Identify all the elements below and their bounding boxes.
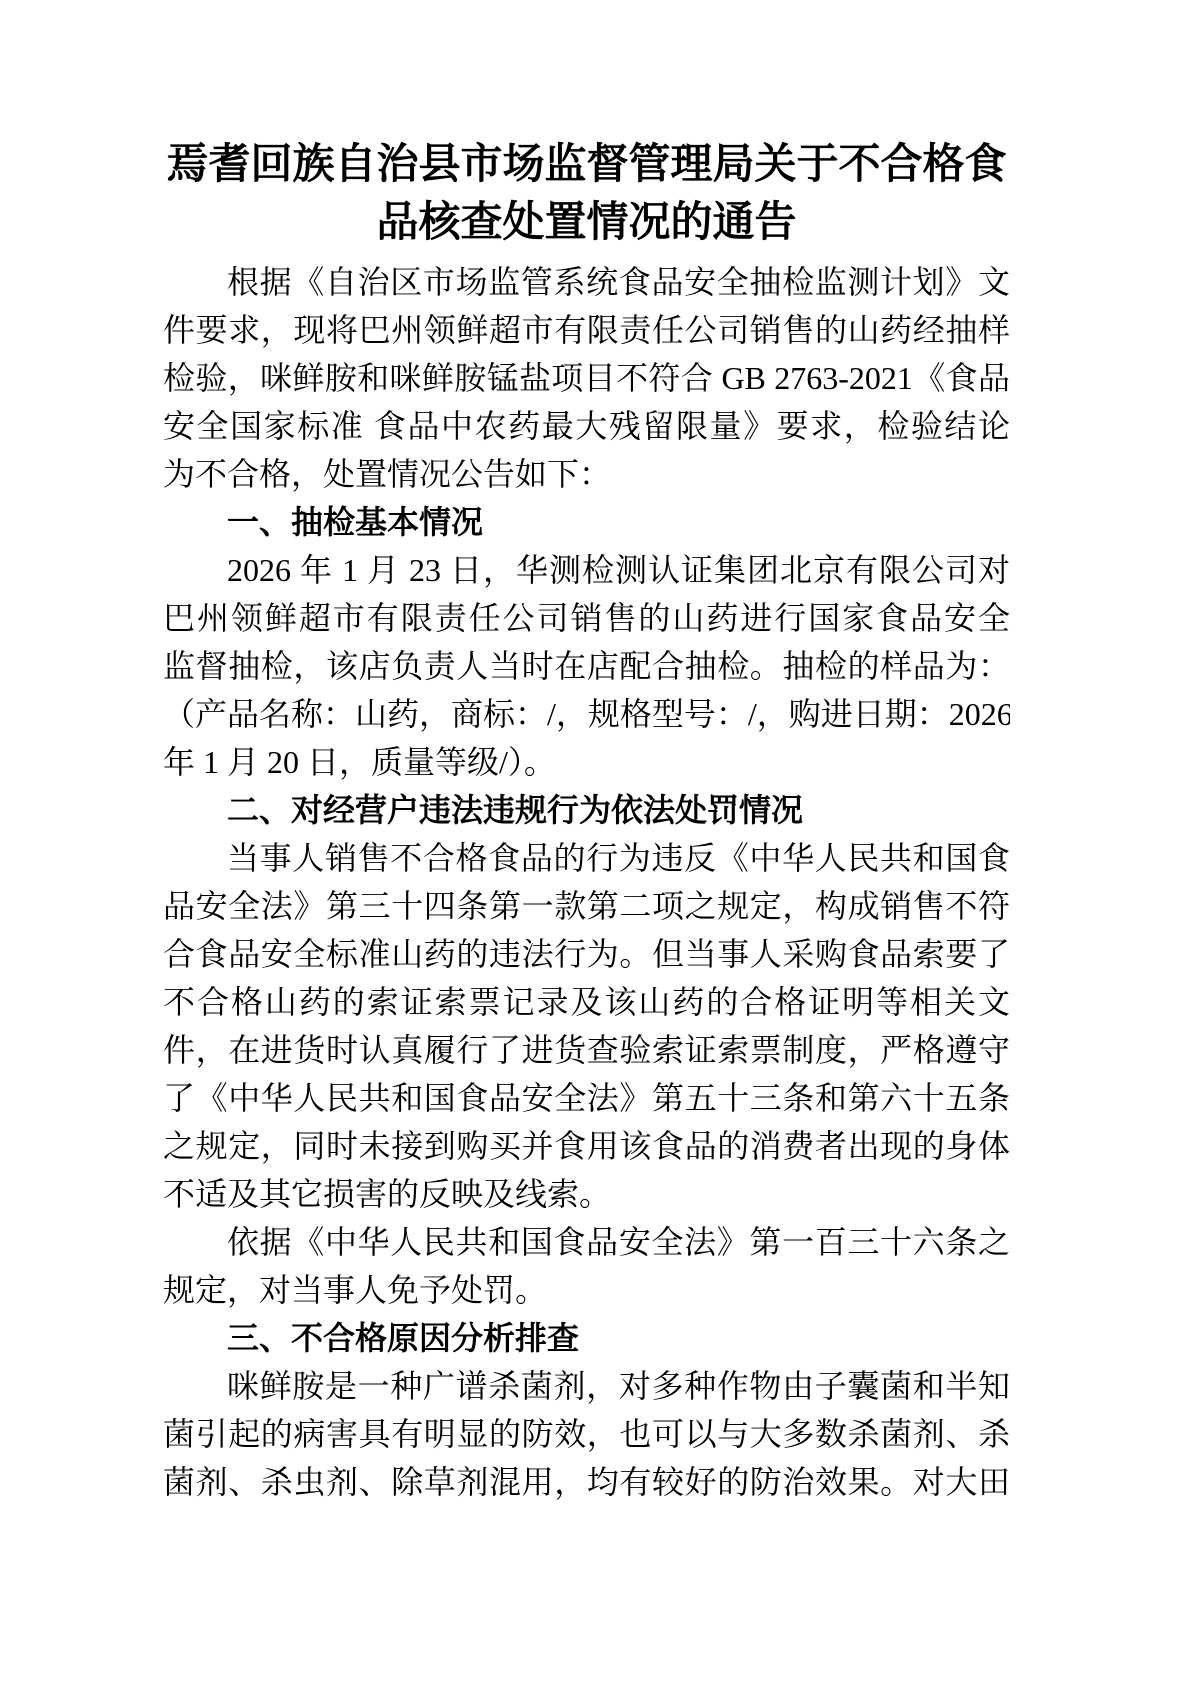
paragraph-1-line: 检验，咪鲜胺和咪鲜胺锰盐项目不符合 GB 2763-2021《食品 [163, 354, 1010, 402]
paragraph-4-line: 依据《中华人民共和国食品安全法》第一百三十六条之 [163, 1218, 1010, 1266]
paragraph-2-line: 巴州领鲜超市有限责任公司销售的山药进行国家食品安全 [163, 594, 1010, 642]
paragraph-3-line: 了《中华人民共和国食品安全法》第五十三条和第六十五条 [163, 1074, 1010, 1122]
paragraph-5-line: 咪鲜胺是一种广谱杀菌剂，对多种作物由子囊菌和半知 [163, 1362, 1010, 1410]
document-page: 焉耆回族自治县市场监督管理局关于不合格食 品核查处置情况的通告 根据《自治区市场… [0, 0, 1190, 1683]
paragraph-3-line: 不适及其它损害的反映及线索。 [163, 1170, 1010, 1218]
title-line-2: 品核查处置情况的通告 [163, 194, 1010, 252]
paragraph-5-line: 菌引起的病害具有明显的防效，也可以与大多数杀菌剂、杀 [163, 1410, 1010, 1458]
paragraph-1-line: 根据《自治区市场监管系统食品安全抽检监测计划》文 [163, 258, 1010, 306]
paragraph-3-line: 合食品安全标准山药的违法行为。但当事人采购食品索要了 [163, 930, 1010, 978]
paragraph-2-line: 2026 年 1 月 23 日，华测检测认证集团北京有限公司对 [163, 546, 1010, 594]
section-heading-3: 三、不合格原因分析排查 [163, 1314, 1010, 1362]
paragraph-2-line: （产品名称：山药，商标：/，规格型号：/，购进日期：2026 [163, 690, 1010, 738]
paragraph-3-line: 品安全法》第三十四条第一款第二项之规定，构成销售不符 [163, 882, 1010, 930]
paragraph-3-line: 之规定，同时未接到购买并食用该食品的消费者出现的身体 [163, 1122, 1010, 1170]
paragraph-1-line: 为不合格，处置情况公告如下： [163, 450, 1010, 498]
paragraph-3-line: 件，在进货时认真履行了进货查验索证索票制度，严格遵守 [163, 1026, 1010, 1074]
section-heading-1: 一、抽检基本情况 [163, 498, 1010, 546]
paragraph-1-line: 安全国家标准 食品中农药最大残留限量》要求，检验结论 [163, 402, 1010, 450]
paragraph-2-line: 监督抽检，该店负责人当时在店配合抽检。抽检的样品为： [163, 642, 1010, 690]
paragraph-3-line: 当事人销售不合格食品的行为违反《中华人民共和国食 [163, 834, 1010, 882]
paragraph-1-line: 件要求，现将巴州领鲜超市有限责任公司销售的山药经抽样 [163, 306, 1010, 354]
section-heading-2: 二、对经营户违法违规行为依法处罚情况 [163, 786, 1010, 834]
document-body: 根据《自治区市场监管系统食品安全抽检监测计划》文 件要求，现将巴州领鲜超市有限责… [163, 258, 1010, 1506]
document-title: 焉耆回族自治县市场监督管理局关于不合格食 品核查处置情况的通告 [163, 136, 1010, 252]
paragraph-2-line: 年 1 月 20 日，质量等级/）。 [163, 738, 1010, 786]
paragraph-4-line: 规定，对当事人免予处罚。 [163, 1266, 1010, 1314]
title-line-1: 焉耆回族自治县市场监督管理局关于不合格食 [163, 136, 1010, 194]
paragraph-5-line: 菌剂、杀虫剂、除草剂混用，均有较好的防治效果。对大田 [163, 1458, 1010, 1506]
paragraph-3-line: 不合格山药的索证索票记录及该山药的合格证明等相关文 [163, 978, 1010, 1026]
